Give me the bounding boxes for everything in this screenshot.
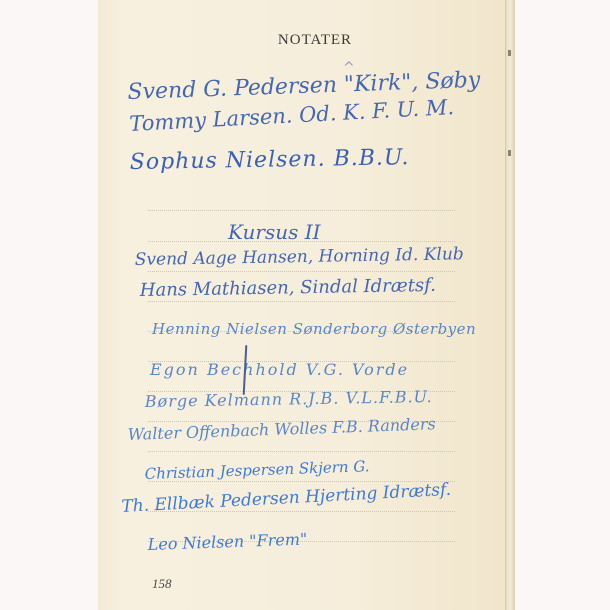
page-title: NOTATER — [0, 32, 610, 49]
page-number: 158 — [152, 576, 172, 592]
book-spine — [505, 0, 515, 610]
handwritten-entry: Henning Nielsen Sønderborg Østerbyen — [152, 320, 476, 338]
handwritten-entry: Sophus Nielsen. B.B.U. — [130, 145, 410, 175]
ruled-line — [148, 451, 455, 452]
spine-mark — [508, 50, 511, 56]
section-heading: Kursus II — [228, 220, 321, 244]
ruled-line — [148, 210, 455, 211]
handwritten-entry: Egon Bechhold V.G. Vorde — [150, 360, 409, 379]
ruled-line — [148, 301, 455, 302]
ruled-line — [148, 271, 455, 272]
page-title-text: NOTATER — [278, 32, 352, 48]
spine-mark — [508, 150, 511, 156]
